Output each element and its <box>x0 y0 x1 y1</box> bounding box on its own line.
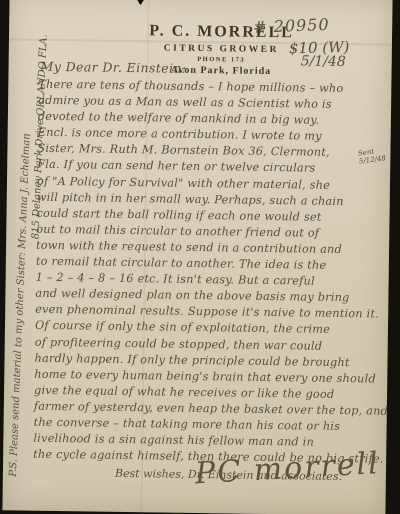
catalog-number-annotation: # 20950 <box>253 15 330 37</box>
letter-body: There are tens of thousands – I hope mil… <box>33 77 386 468</box>
letter-paper: P. C. MORRELL CITRUS GROWER PHONE 173 Av… <box>2 0 392 514</box>
salutation: My Dear Dr. Einstein: <box>41 59 187 76</box>
scanned-letter: P. C. MORRELL CITRUS GROWER PHONE 173 Av… <box>0 0 400 514</box>
sent-date-note: Sent 5/12/48 <box>358 145 394 165</box>
letter-date: 5/1/48 <box>301 53 346 70</box>
